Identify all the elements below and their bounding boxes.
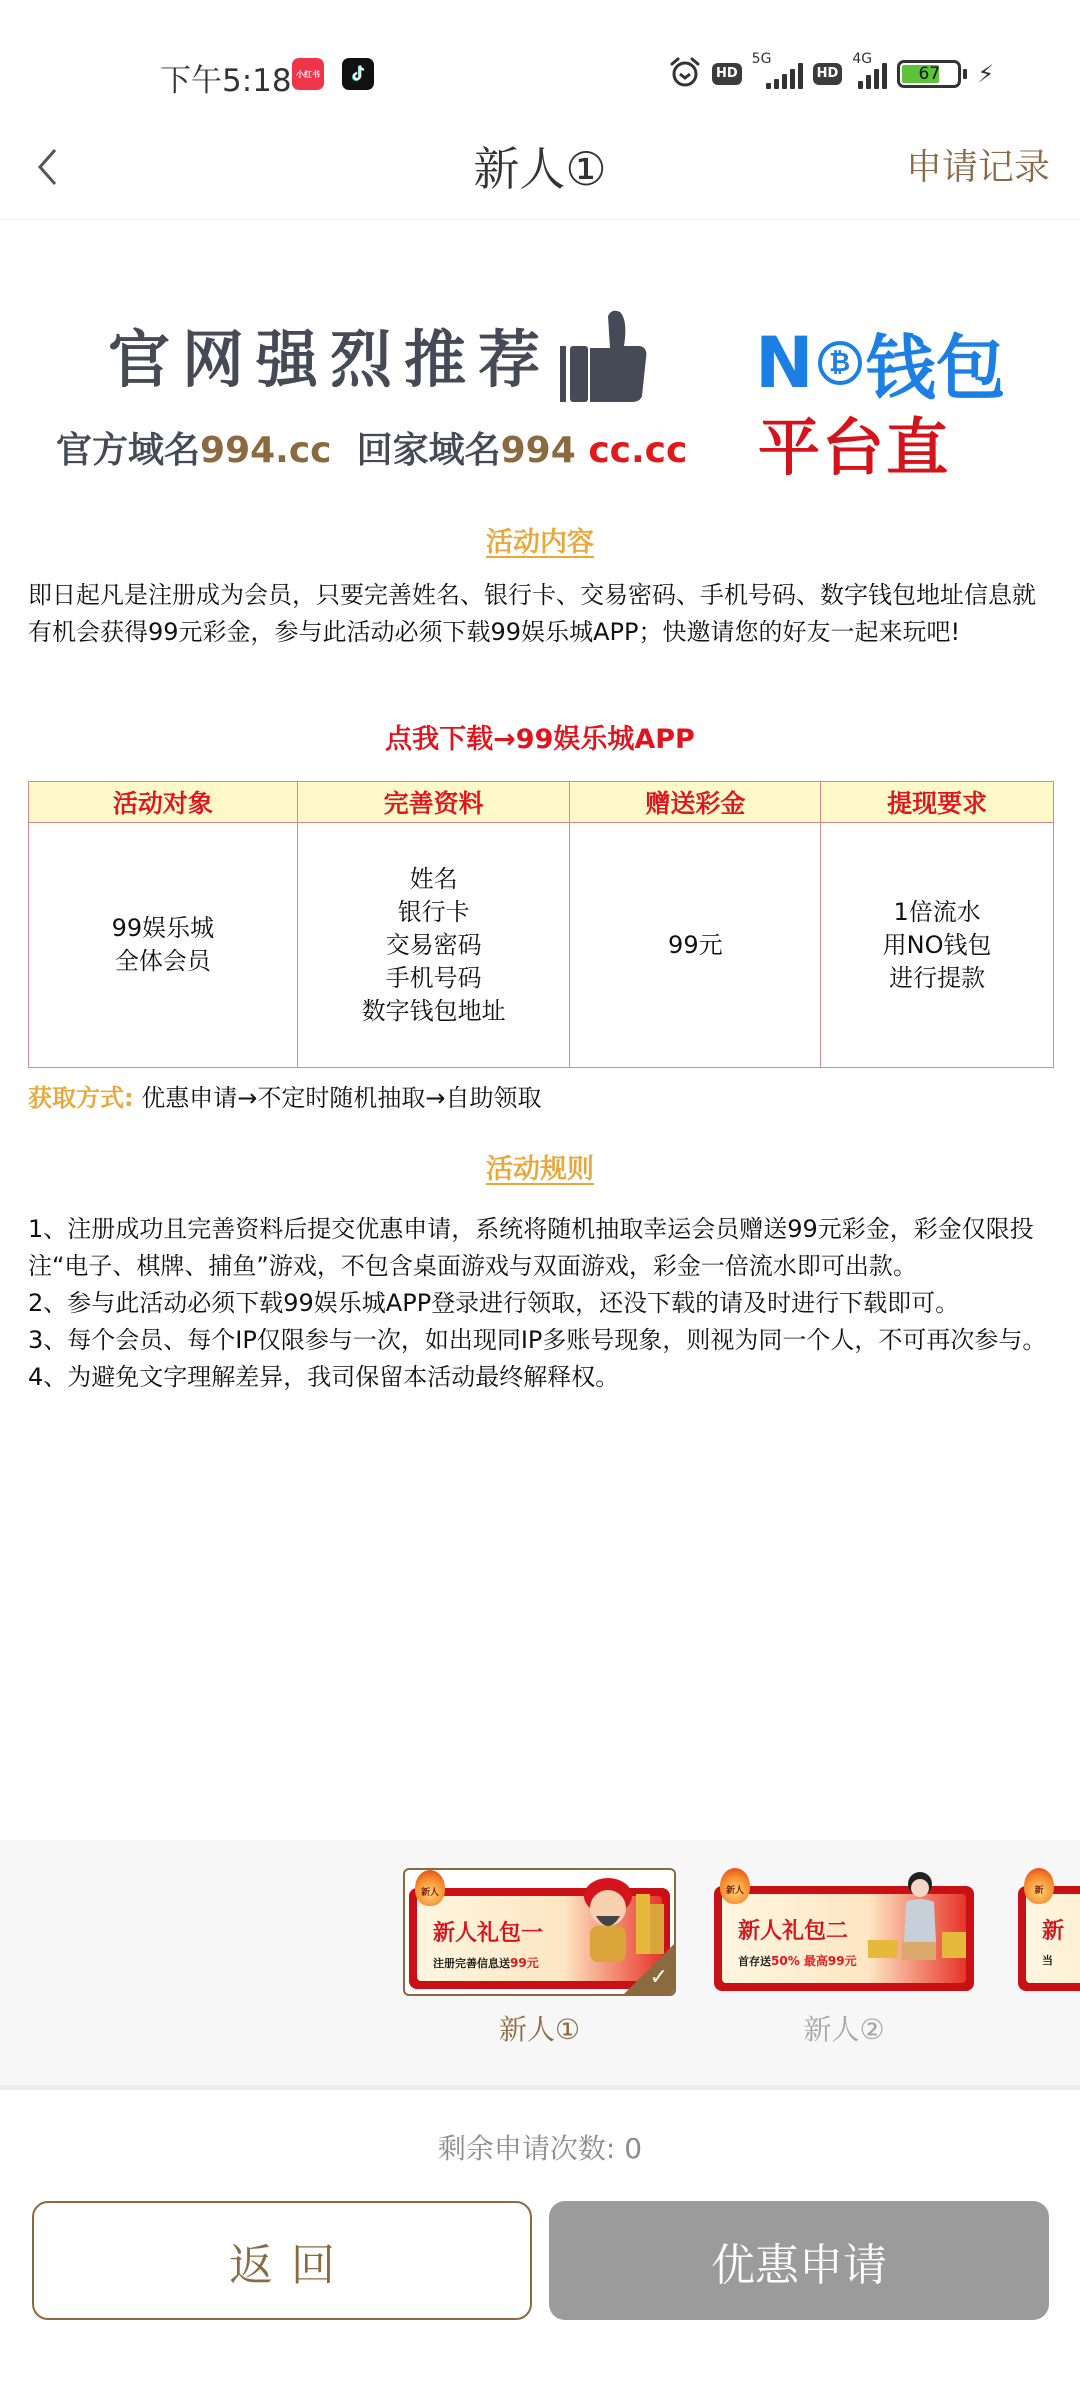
battery-percent: 67 bbox=[900, 63, 958, 85]
rules-list: 1、注册成功且完善资料后提交优惠申请，系统将随机抽取幸运会员赠送99元彩金，彩金… bbox=[28, 1211, 1058, 1396]
intro-paragraph: 即日起凡是注册成为会员，只要完善姓名、银行卡、交易密码、手机号码、数字钱包地址信… bbox=[28, 577, 1058, 651]
card-subtitle: 注册完善信息送99元 bbox=[433, 1954, 539, 1971]
acquisition-method: 获取方式: 优惠申请→不定时随机抽取→自助领取 bbox=[28, 1078, 541, 1113]
promo-card-label-1[interactable]: 新人① bbox=[403, 2008, 676, 2048]
promo-card-newcomer-2[interactable]: 新人礼包二 首存送50% 最高99元 新人 bbox=[710, 1868, 978, 1996]
return-button[interactable]: 返回 bbox=[32, 2201, 532, 2320]
cell-required-info: 姓名 银行卡 交易密码 手机号码 数字钱包地址 bbox=[297, 823, 570, 1068]
model-gift-illustration bbox=[862, 1868, 972, 1962]
card-title: 新人礼包一 bbox=[433, 1916, 543, 1947]
section-title-activity-content: 活动内容 bbox=[0, 520, 1080, 559]
battery-icon: 67 bbox=[897, 60, 961, 88]
promo-banner: 官网强烈推荐 官方域名994.cc 回家域名994 cc.cc N₿钱包 平台直 bbox=[40, 290, 1040, 480]
table-header: 赠送彩金 bbox=[570, 782, 821, 823]
banner-domains: 官方域名994.cc 回家域名994 cc.cc bbox=[56, 422, 687, 473]
cell-withdraw-requirement: 1倍流水 用NO钱包 进行提款 bbox=[821, 823, 1054, 1068]
charging-icon: ⚡ bbox=[977, 60, 994, 88]
banner-headline: 官网强烈推荐 bbox=[108, 310, 552, 399]
tiktok-notification-icon bbox=[342, 58, 374, 90]
bitcoin-icon: ₿ bbox=[818, 341, 862, 385]
thumbs-up-icon bbox=[560, 308, 648, 403]
table-row: 99娱乐城 全体会员 姓名 银行卡 交易密码 手机号码 数字钱包地址 99元 1… bbox=[29, 823, 1054, 1068]
rule-item: 3、每个会员、每个IP仅限参与一次，如出现同IP多账号现象，则视为同一个人，不可… bbox=[28, 1322, 1058, 1359]
hd-voice-icon-2: HD bbox=[813, 63, 843, 85]
new-badge-icon: 新人 bbox=[720, 1868, 750, 1904]
xiaohongshu-notification-icon: 小红书 bbox=[292, 58, 324, 90]
status-bar: 下午5:18 小红书 HD 5G HD 4G 67 ⚡ bbox=[0, 0, 1080, 115]
card-title: 新 bbox=[1042, 1914, 1064, 1945]
table-header: 活动对象 bbox=[29, 782, 298, 823]
section-title-activity-rules: 活动规则 bbox=[0, 1147, 1080, 1186]
cell-target: 99娱乐城 全体会员 bbox=[29, 823, 298, 1068]
promo-picker-panel: 新人礼包一 注册完善信息送99元 新人 ✓ 新人① 新人礼包二 首存送50% 最… bbox=[0, 1840, 1080, 2090]
promo-card-newcomer-3[interactable]: 新 当 新 bbox=[1014, 1868, 1080, 1996]
method-value: 优惠申请→不定时随机抽取→自助领取 bbox=[141, 1084, 541, 1112]
method-label: 获取方式: bbox=[28, 1084, 134, 1112]
table-header: 提现要求 bbox=[821, 782, 1054, 823]
card-title: 新人礼包二 bbox=[738, 1914, 848, 1945]
new-badge-icon: 新人 bbox=[415, 1870, 445, 1906]
signal-5g-icon: 5G bbox=[752, 59, 803, 89]
signal-4g-icon: 4G bbox=[852, 59, 887, 89]
rule-item: 1、注册成功且完善资料后提交优惠申请，系统将随机抽取幸运会员赠送99元彩金，彩金… bbox=[28, 1211, 1058, 1285]
activity-table: 活动对象 完善资料 赠送彩金 提现要求 99娱乐城 全体会员 姓名 银行卡 交易… bbox=[28, 781, 1054, 1068]
status-time: 下午5:18 bbox=[160, 55, 292, 100]
rule-item: 4、为避免文字理解差异，我司保留本活动最终解释权。 bbox=[28, 1359, 1058, 1396]
table-header: 完善资料 bbox=[297, 782, 570, 823]
status-indicators: HD 5G HD 4G 67 ⚡ bbox=[668, 56, 994, 92]
new-badge-icon: 新 bbox=[1024, 1868, 1054, 1904]
card-subtitle: 首存送50% 最高99元 bbox=[738, 1952, 857, 1969]
download-app-link[interactable]: 点我下载→99娱乐城APP bbox=[0, 717, 1080, 756]
rule-item: 2、参与此活动必须下载99娱乐城APP登录进行领取，还没下载的请及时进行下载即可… bbox=[28, 1285, 1058, 1322]
cell-bonus: 99元 bbox=[570, 823, 821, 1068]
hd-voice-icon: HD bbox=[712, 63, 742, 85]
check-icon: ✓ bbox=[650, 1965, 668, 1990]
nav-header: 新人① 申请记录 bbox=[0, 115, 1080, 220]
wallet-tagline: 平台直 bbox=[758, 398, 950, 487]
apply-promotion-button[interactable]: 优惠申请 bbox=[549, 2201, 1049, 2320]
remaining-applications: 剩余申请次数: 0 bbox=[0, 2127, 1080, 2167]
alarm-icon bbox=[668, 55, 702, 93]
promo-card-label-2[interactable]: 新人② bbox=[710, 2008, 978, 2048]
card-subtitle: 当 bbox=[1042, 1952, 1053, 1968]
promo-card-newcomer-1[interactable]: 新人礼包一 注册完善信息送99元 新人 ✓ bbox=[403, 1868, 676, 1996]
application-records-link[interactable]: 申请记录 bbox=[906, 139, 1050, 190]
